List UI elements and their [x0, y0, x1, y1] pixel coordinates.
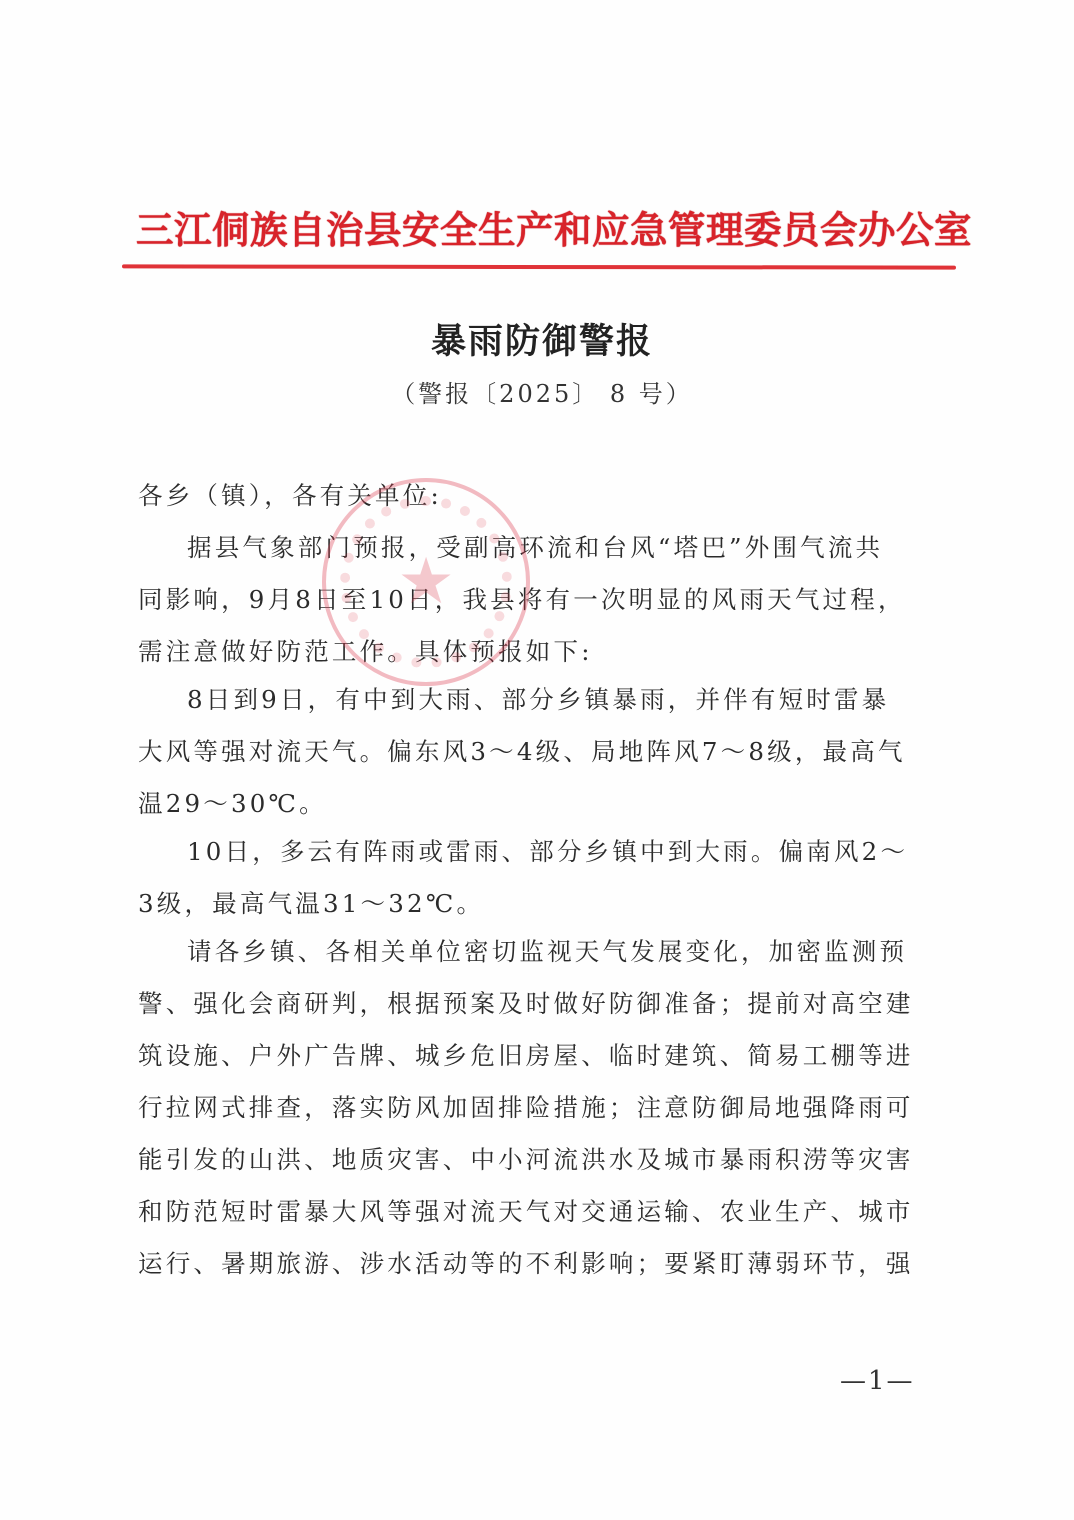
paragraph-line: 3级，最高气温31～32℃。	[138, 878, 934, 930]
paragraph-forecast-10: 10日，多云有阵雨或雷雨、部分乡镇中到大雨。偏南风2～ 3级，最高气温31～32…	[138, 826, 934, 930]
paragraph-instructions: 请各乡镇、各相关单位密切监视天气发展变化，加密监测预 警、强化会商研判，根据预案…	[138, 926, 934, 1290]
paragraph-forecast-8-9: 8日到9日，有中到大雨、部分乡镇暴雨，并伴有短时雷暴 大风等强对流天气。偏东风3…	[138, 674, 934, 830]
paragraph-line: 需注意做好防范工作。具体预报如下:	[138, 626, 934, 678]
organization-header: 三江侗族自治县安全生产和应急管理委员会办公室	[136, 200, 936, 260]
document-number: （警报〔2025〕 8 号）	[0, 374, 1074, 409]
paragraph-line: 10日，多云有阵雨或雷雨、部分乡镇中到大雨。偏南风2～	[138, 826, 934, 878]
document-title: 暴雨防御警报	[0, 314, 1074, 364]
page-number: —1—	[840, 1366, 915, 1396]
red-header-rule	[122, 264, 956, 269]
paragraph-line: 大风等强对流天气。偏东风3～4级、局地阵风7～8级，最高气	[138, 726, 934, 778]
paragraph-line: 能引发的山洪、地质灾害、中小河流洪水及城市暴雨积涝等灾害	[138, 1134, 934, 1186]
paragraph-line: 同影响，9月8日至10日，我县将有一次明显的风雨天气过程，	[138, 574, 934, 626]
paragraph-line: 警、强化会商研判，根据预案及时做好防御准备；提前对高空建	[138, 978, 934, 1030]
salutation: 各乡（镇），各有关单位:	[138, 470, 934, 522]
paragraph-line: 运行、暑期旅游、涉水活动等的不利影响；要紧盯薄弱环节，强	[138, 1238, 934, 1290]
paragraph-forecast-intro: 据县气象部门预报，受副高环流和台风“塔巴”外围气流共 同影响，9月8日至10日，…	[138, 522, 934, 678]
paragraph-line: 据县气象部门预报，受副高环流和台风“塔巴”外围气流共	[138, 522, 934, 574]
paragraph-line: 筑设施、户外广告牌、城乡危旧房屋、临时建筑、简易工棚等进	[138, 1030, 934, 1082]
paragraph-line: 请各乡镇、各相关单位密切监视天气发展变化，加密监测预	[138, 926, 934, 978]
paragraph-line: 和防范短时雷暴大风等强对流天气对交通运输、农业生产、城市	[138, 1186, 934, 1238]
document-page: 三江侗族自治县安全生产和应急管理委员会办公室 暴雨防御警报 （警报〔2025〕 …	[0, 0, 1074, 1520]
paragraph-line: 行拉网式排查，落实防风加固排险措施；注意防御局地强降雨可	[138, 1082, 934, 1134]
paragraph-line: 温29～30℃。	[138, 778, 934, 830]
paragraph-line: 8日到9日，有中到大雨、部分乡镇暴雨，并伴有短时雷暴	[138, 674, 934, 726]
